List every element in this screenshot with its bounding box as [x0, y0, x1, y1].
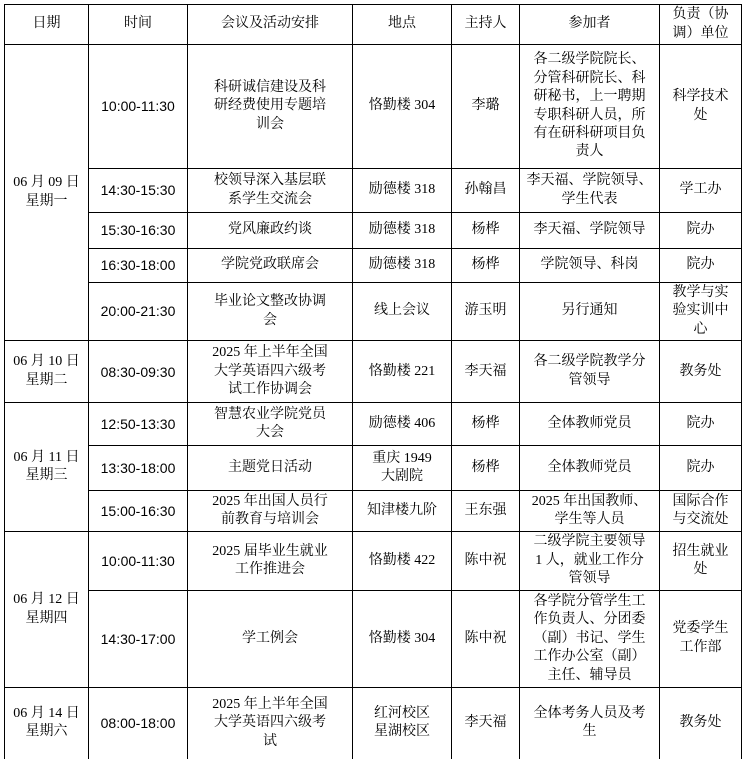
- host-cell: 游玉明: [452, 283, 520, 341]
- table-row: 06 月 14 日 星期六 08:00-18:00 2025 年上半年全国 大学…: [5, 687, 742, 759]
- location-cell: 恪勤楼 304: [353, 590, 452, 687]
- date-cell: 06 月 10 日 星期二: [5, 341, 89, 403]
- header-row: 日期 时间 会议及活动安排 地点 主持人 参加者 负责（协 调）单位: [5, 5, 742, 45]
- unit-cell: 院办: [660, 446, 742, 491]
- col-header-meeting: 会议及活动安排: [188, 5, 353, 45]
- location-cell: 恪勤楼 304: [353, 45, 452, 169]
- host-cell: 杨桦: [452, 446, 520, 491]
- participants-cell: 各二级学院院长、 分管科研院长、科 研秘书，上一聘期 专职科研人员，所 有在研科…: [520, 45, 660, 169]
- participants-cell: 李天福、学院领导、 学生代表: [520, 169, 660, 213]
- unit-cell: 教学与实 验实训中 心: [660, 283, 742, 341]
- meeting-cell: 科研诚信建设及科 研经费使用专题培 训会: [188, 45, 353, 169]
- table-row: 13:30-18:00 主题党日活动 重庆 1949 大剧院 杨桦 全体教师党员…: [5, 446, 742, 491]
- unit-cell: 党委学生 工作部: [660, 590, 742, 687]
- unit-cell: 院办: [660, 249, 742, 283]
- time-cell: 12:50-13:30: [89, 403, 188, 446]
- unit-cell: 院办: [660, 403, 742, 446]
- time-cell: 15:00-16:30: [89, 491, 188, 532]
- unit-cell: 科学技术 处: [660, 45, 742, 169]
- meeting-cell: 智慧农业学院党员 大会: [188, 403, 353, 446]
- location-cell: 恪勤楼 422: [353, 532, 452, 590]
- meeting-cell: 2025 年出国人员行 前教育与培训会: [188, 491, 353, 532]
- unit-cell: 教务处: [660, 687, 742, 759]
- time-cell: 14:30-15:30: [89, 169, 188, 213]
- host-cell: 李天福: [452, 687, 520, 759]
- host-cell: 李天福: [452, 341, 520, 403]
- participants-cell: 各二级学院教学分 管领导: [520, 341, 660, 403]
- meeting-cell: 2025 年上半年全国 大学英语四六级考 试工作协调会: [188, 341, 353, 403]
- participants-cell: 学院领导、科岗: [520, 249, 660, 283]
- participants-cell: 全体考务人员及考 生: [520, 687, 660, 759]
- schedule-page: 日期 时间 会议及活动安排 地点 主持人 参加者 负责（协 调）单位 06 月 …: [0, 0, 748, 759]
- schedule-table: 日期 时间 会议及活动安排 地点 主持人 参加者 负责（协 调）单位 06 月 …: [4, 4, 742, 759]
- col-header-participants: 参加者: [520, 5, 660, 45]
- unit-cell: 院办: [660, 213, 742, 249]
- location-cell: 励德楼 318: [353, 169, 452, 213]
- time-cell: 15:30-16:30: [89, 213, 188, 249]
- time-cell: 10:00-11:30: [89, 532, 188, 590]
- participants-cell: 2025 年出国教师、 学生等人员: [520, 491, 660, 532]
- table-row: 14:30-17:00 学工例会 恪勤楼 304 陈中祝 各学院分管学生工 作负…: [5, 590, 742, 687]
- date-cell: 06 月 12 日 星期四: [5, 532, 89, 687]
- location-cell: 线上会议: [353, 283, 452, 341]
- date-cell: 06 月 09 日 星期一: [5, 45, 89, 341]
- meeting-cell: 校领导深入基层联 系学生交流会: [188, 169, 353, 213]
- meeting-cell: 主题党日活动: [188, 446, 353, 491]
- host-cell: 孙翰昌: [452, 169, 520, 213]
- location-cell: 知津楼九阶: [353, 491, 452, 532]
- meeting-cell: 党风廉政约谈: [188, 213, 353, 249]
- col-header-location: 地点: [353, 5, 452, 45]
- table-row: 06 月 09 日 星期一 10:00-11:30 科研诚信建设及科 研经费使用…: [5, 45, 742, 169]
- unit-cell: 学工办: [660, 169, 742, 213]
- time-cell: 16:30-18:00: [89, 249, 188, 283]
- time-cell: 20:00-21:30: [89, 283, 188, 341]
- col-header-unit: 负责（协 调）单位: [660, 5, 742, 45]
- meeting-cell: 毕业论文整改协调 会: [188, 283, 353, 341]
- unit-cell: 招生就业 处: [660, 532, 742, 590]
- host-cell: 杨桦: [452, 403, 520, 446]
- time-cell: 08:30-09:30: [89, 341, 188, 403]
- location-cell: 励德楼 318: [353, 213, 452, 249]
- unit-cell: 国际合作 与交流处: [660, 491, 742, 532]
- table-row: 16:30-18:00 学院党政联席会 励德楼 318 杨桦 学院领导、科岗 院…: [5, 249, 742, 283]
- time-cell: 14:30-17:00: [89, 590, 188, 687]
- table-row: 15:00-16:30 2025 年出国人员行 前教育与培训会 知津楼九阶 王东…: [5, 491, 742, 532]
- table-row: 06 月 12 日 星期四 10:00-11:30 2025 届毕业生就业 工作…: [5, 532, 742, 590]
- participants-cell: 各学院分管学生工 作负责人、分团委 （副）书记、学生 工作办公室（副） 主任、辅…: [520, 590, 660, 687]
- table-row: 06 月 11 日 星期三 12:50-13:30 智慧农业学院党员 大会 励德…: [5, 403, 742, 446]
- col-header-date: 日期: [5, 5, 89, 45]
- unit-cell: 教务处: [660, 341, 742, 403]
- location-cell: 励德楼 318: [353, 249, 452, 283]
- participants-cell: 全体教师党员: [520, 446, 660, 491]
- table-row: 15:30-16:30 党风廉政约谈 励德楼 318 杨桦 李天福、学院领导 院…: [5, 213, 742, 249]
- meeting-cell: 学工例会: [188, 590, 353, 687]
- location-cell: 红河校区 星湖校区: [353, 687, 452, 759]
- table-row: 06 月 10 日 星期二 08:30-09:30 2025 年上半年全国 大学…: [5, 341, 742, 403]
- meeting-cell: 2025 年上半年全国 大学英语四六级考 试: [188, 687, 353, 759]
- location-cell: 重庆 1949 大剧院: [353, 446, 452, 491]
- location-cell: 恪勤楼 221: [353, 341, 452, 403]
- date-cell: 06 月 11 日 星期三: [5, 403, 89, 532]
- date-cell: 06 月 14 日 星期六: [5, 687, 89, 759]
- participants-cell: 李天福、学院领导: [520, 213, 660, 249]
- time-cell: 10:00-11:30: [89, 45, 188, 169]
- table-row: 20:00-21:30 毕业论文整改协调 会 线上会议 游玉明 另行通知 教学与…: [5, 283, 742, 341]
- time-cell: 08:00-18:00: [89, 687, 188, 759]
- host-cell: 陈中祝: [452, 590, 520, 687]
- participants-cell: 另行通知: [520, 283, 660, 341]
- participants-cell: 全体教师党员: [520, 403, 660, 446]
- location-cell: 励德楼 406: [353, 403, 452, 446]
- col-header-time: 时间: [89, 5, 188, 45]
- meeting-cell: 2025 届毕业生就业 工作推进会: [188, 532, 353, 590]
- host-cell: 杨桦: [452, 249, 520, 283]
- participants-cell: 二级学院主要领导 1 人，就业工作分 管领导: [520, 532, 660, 590]
- time-cell: 13:30-18:00: [89, 446, 188, 491]
- host-cell: 王东强: [452, 491, 520, 532]
- meeting-cell: 学院党政联席会: [188, 249, 353, 283]
- host-cell: 杨桦: [452, 213, 520, 249]
- col-header-host: 主持人: [452, 5, 520, 45]
- host-cell: 陈中祝: [452, 532, 520, 590]
- host-cell: 李璐: [452, 45, 520, 169]
- table-row: 14:30-15:30 校领导深入基层联 系学生交流会 励德楼 318 孙翰昌 …: [5, 169, 742, 213]
